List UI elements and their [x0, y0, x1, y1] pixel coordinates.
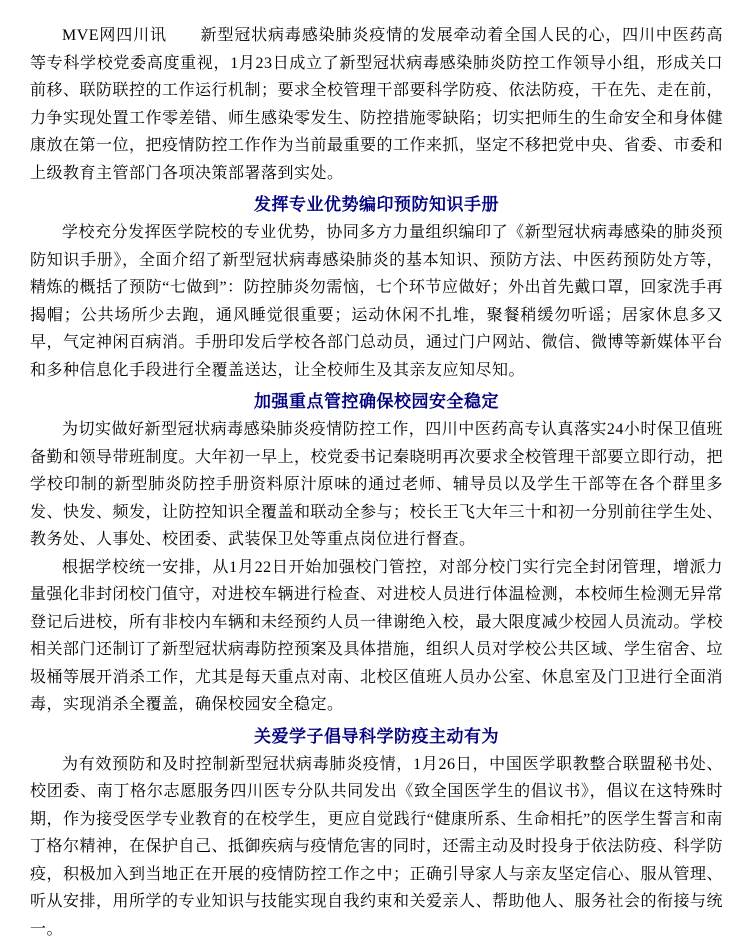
section-heading-student-care: 关爱学子倡导科学防疫主动有为	[30, 723, 723, 751]
paragraph-intro: MVE网四川讯 新型冠状病毒感染肺炎疫情的发展牵动着全国人民的心，四川中医药高等…	[30, 22, 723, 187]
section-heading-campus-control: 加强重点管控确保校园安全稳定	[30, 388, 723, 416]
paragraph-handbook: 学校充分发挥医学院校的专业优势，协同多方力量组织编印了《新型冠状病毒感染的肺炎预…	[30, 219, 723, 384]
paragraph-duty-inspection: 为切实做好新型冠状病毒感染肺炎疫情防控工作，四川中医药高专认真落实24小时保卫值…	[30, 416, 723, 554]
section-heading-handbook: 发挥专业优势编印预防知识手册	[30, 191, 723, 219]
paragraph-student-initiative: 为有效预防和及时控制新型冠状病毒肺炎疫情，1月26日，中国医学职教整合联盟秘书处…	[30, 751, 723, 937]
paragraph-gate-control: 根据学校统一安排，从1月22日开始加强校门管控，对部分校门实行完全封闭管理，增派…	[30, 554, 723, 719]
document-page: MVE网四川讯 新型冠状病毒感染肺炎疫情的发展牵动着全国人民的心，四川中医药高等…	[0, 0, 737, 937]
